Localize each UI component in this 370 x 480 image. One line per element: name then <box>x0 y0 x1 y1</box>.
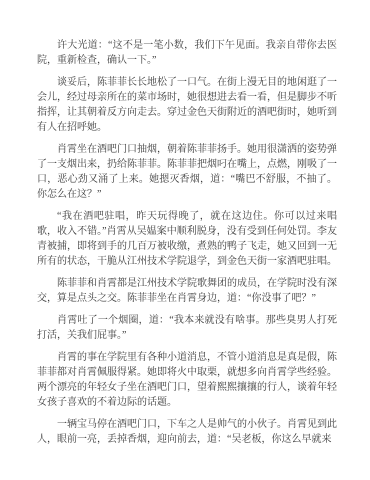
paragraph: 肖霄坐在酒吧门口抽烟，朝着陈菲菲扬手。她用很潇洒的姿势弹了一支烟出来，扔给陈菲菲… <box>37 142 337 202</box>
paragraph: 陈菲菲和肖霄都是江州技术学院歌舞团的成员，在学院时没有深交，算是点头之交。陈菲菲… <box>37 276 337 306</box>
paragraph: 谈妥后，陈菲菲长长地松了一口气。在街上漫无目的地闲逛了一会儿，经过母亲所在的菜市… <box>37 75 337 135</box>
paragraph: “我在酒吧驻唱，昨天玩得晚了，就在这边住。你可以过来唱歌，收入不错。”肖霄从吴媪… <box>37 209 337 269</box>
book-page: 许大光道：“这不是一笔小数，我们下午见面。我亲自带你去医院，重新检查，确认一下。… <box>0 0 370 480</box>
paragraph: 一辆宝马停在酒吧门口，下车之人是帅气的小伙子。肖霄见到此人，眼前一亮，丢掉香烟，… <box>37 417 337 447</box>
paragraph: 肖霄的事在学院里有各种小道消息，不管小道消息是真是假，陈菲菲都对肖霄佩服得紧。她… <box>37 350 337 410</box>
paragraph: 许大光道：“这不是一笔小数，我们下午见面。我亲自带你去医院，重新检查，确认一下。… <box>37 38 337 68</box>
paragraph: 肖霄吐了一个烟圈，道：“我本来就没有啥事。那些臭男人打死打活，关我们屁事。” <box>37 313 337 343</box>
